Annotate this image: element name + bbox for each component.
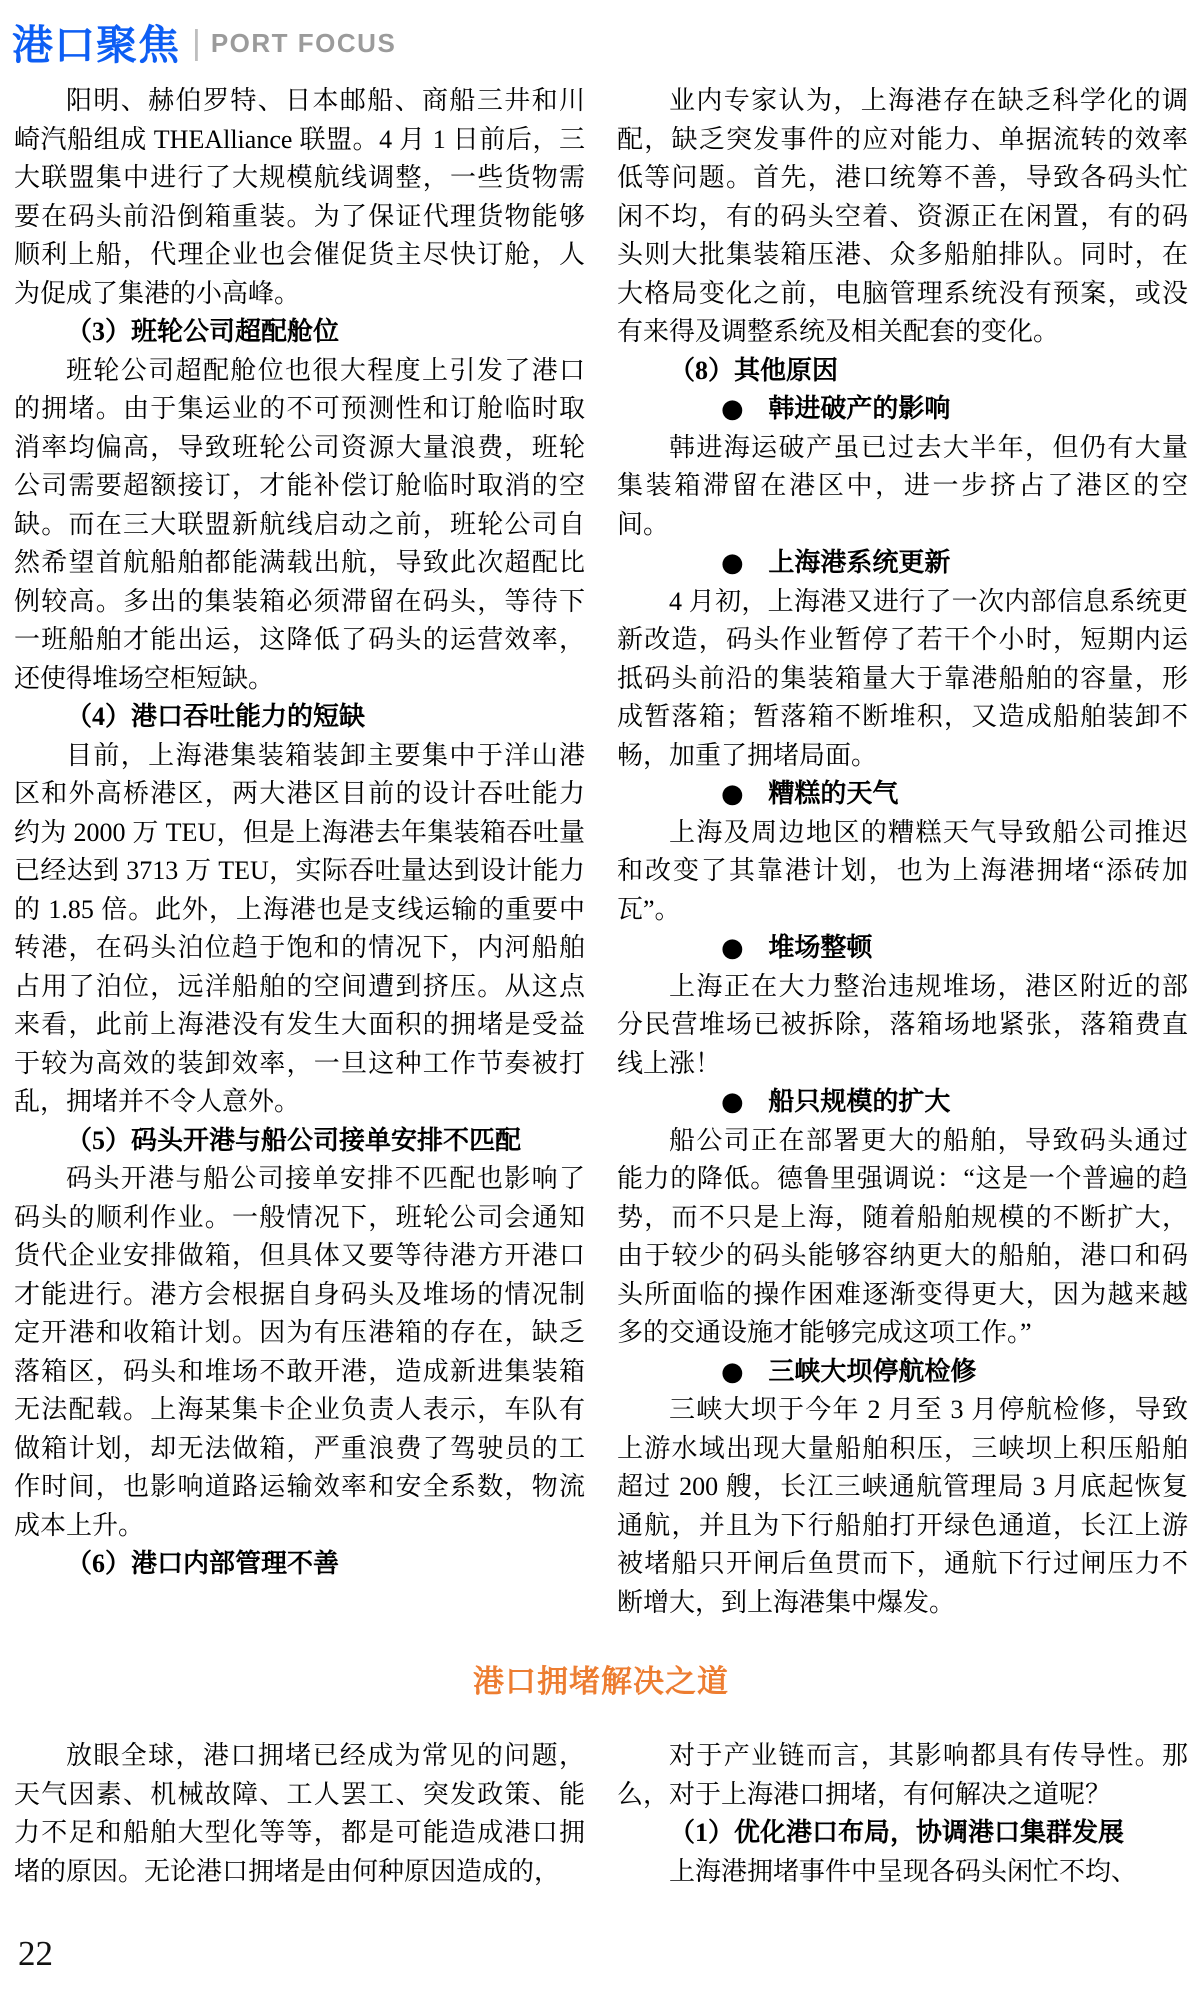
bullet-icon: ● [721, 548, 744, 578]
paragraph: 三峡大坝于今年 2 月至 3 月停航检修，导致上游水域出现大量船舶积压，三峡坝上… [617, 1391, 1188, 1622]
heading-3: （3）班轮公司超配舱位 [14, 313, 585, 352]
paragraph: 码头开港与船公司接单安排不匹配也影响了码头的顺利作业。一般情况下，班轮公司会通知… [14, 1160, 585, 1545]
paragraph: 上海及周边地区的糟糕天气导致船公司推迟和改变了其靠港计划，也为上海港拥堵“添砖加… [617, 814, 1188, 930]
paragraph: 目前，上海港集装箱装卸主要集中于洋山港区和外高桥港区，两大港区目前的设计吞吐能力… [14, 737, 585, 1122]
heading-1: （1）优化港口布局，协调港口集群发展 [617, 1814, 1188, 1853]
bullet-heading: ●糟糕的天气 [617, 775, 1188, 814]
bullet-heading-label: 三峡大坝停航检修 [768, 1357, 976, 1386]
bullet-heading: ●船只规模的扩大 [617, 1083, 1188, 1122]
paragraph: 业内专家认为，上海港存在缺乏科学化的调配，缺乏突发事件的应对能力、单据流转的效率… [617, 82, 1188, 352]
paragraph: 4 月初，上海港又进行了一次内部信息系统更新改造，码头作业暂停了若干个小时，短期… [617, 583, 1188, 776]
bullet-heading-label: 韩进破产的影响 [768, 394, 950, 423]
bullet-icon: ● [721, 1357, 744, 1387]
section-title-en: PORT FOCUS [211, 28, 396, 59]
solution-left-column: 放眼全球，港口拥堵已经成为常见的问题，天气因素、机械故障、工人罢工、突发政策、能… [14, 1737, 585, 1891]
paragraph: 上海港拥堵事件中呈现各码头闲忙不均、 [617, 1853, 1188, 1892]
bullet-heading-label: 糟糕的天气 [768, 779, 898, 808]
solution-columns: 放眼全球，港口拥堵已经成为常见的问题，天气因素、机械故障、工人罢工、突发政策、能… [12, 1737, 1190, 1891]
paragraph: 阳明、赫伯罗特、日本邮船、商船三井和川崎汽船组成 THEAlliance 联盟。… [14, 82, 585, 313]
paragraph: 韩进海运破产虽已过去大半年，但仍有大量集装箱滞留在港区中，进一步挤占了港区的空间… [617, 429, 1188, 545]
magazine-page: 港口聚焦 | PORT FOCUS 阳明、赫伯罗特、日本邮船、商船三井和川崎汽船… [0, 0, 1200, 2002]
bullet-heading-label: 堆场整顿 [768, 933, 872, 962]
paragraph: 放眼全球，港口拥堵已经成为常见的问题，天气因素、机械故障、工人罢工、突发政策、能… [14, 1737, 585, 1891]
bullet-heading: ●韩进破产的影响 [617, 390, 1188, 429]
bullet-heading: ●三峡大坝停航检修 [617, 1353, 1188, 1392]
paragraph: 对于产业链而言，其影响都具有传导性。那么，对于上海港口拥堵，有何解决之道呢？ [617, 1737, 1188, 1814]
section-title-zh: 港口聚焦 [12, 12, 180, 71]
bullet-heading: ●堆场整顿 [617, 929, 1188, 968]
paragraph: 船公司正在部署更大的船舶，导致码头通过能力的降低。德鲁里强调说：“这是一个普遍的… [617, 1122, 1188, 1353]
main-columns: 阳明、赫伯罗特、日本邮船、商船三井和川崎汽船组成 THEAlliance 联盟。… [12, 82, 1190, 1622]
bullet-icon: ● [721, 933, 744, 963]
solution-right-column: 对于产业链而言，其影响都具有传导性。那么，对于上海港口拥堵，有何解决之道呢？ （… [617, 1737, 1188, 1891]
right-column: 业内专家认为，上海港存在缺乏科学化的调配，缺乏突发事件的应对能力、单据流转的效率… [617, 82, 1188, 1622]
paragraph: 上海正在大力整治违规堆场，港区附近的部分民营堆场已被拆除，落箱场地紧张，落箱费直… [617, 968, 1188, 1084]
paragraph: 班轮公司超配舱位也很大程度上引发了港口的拥堵。由于集运业的不可预测性和订舱临时取… [14, 352, 585, 699]
bullet-icon: ● [721, 394, 744, 424]
solution-section-title: 港口拥堵解决之道 [12, 1656, 1190, 1701]
header-divider: | [192, 24, 201, 63]
heading-8: （8）其他原因 [617, 352, 1188, 391]
heading-4: （4）港口吞吐能力的短缺 [14, 698, 585, 737]
bullet-icon: ● [721, 1087, 744, 1117]
heading-6: （6）港口内部管理不善 [14, 1545, 585, 1584]
bullet-heading-label: 船只规模的扩大 [768, 1087, 950, 1116]
page-header: 港口聚焦 | PORT FOCUS [12, 12, 1190, 70]
bullet-heading-label: 上海港系统更新 [768, 548, 950, 577]
bullet-heading: ●上海港系统更新 [617, 544, 1188, 583]
left-column: 阳明、赫伯罗特、日本邮船、商船三井和川崎汽船组成 THEAlliance 联盟。… [14, 82, 585, 1622]
bullet-icon: ● [721, 779, 744, 809]
page-number: 22 [18, 1934, 53, 1974]
heading-5: （5）码头开港与船公司接单安排不匹配 [14, 1122, 585, 1161]
